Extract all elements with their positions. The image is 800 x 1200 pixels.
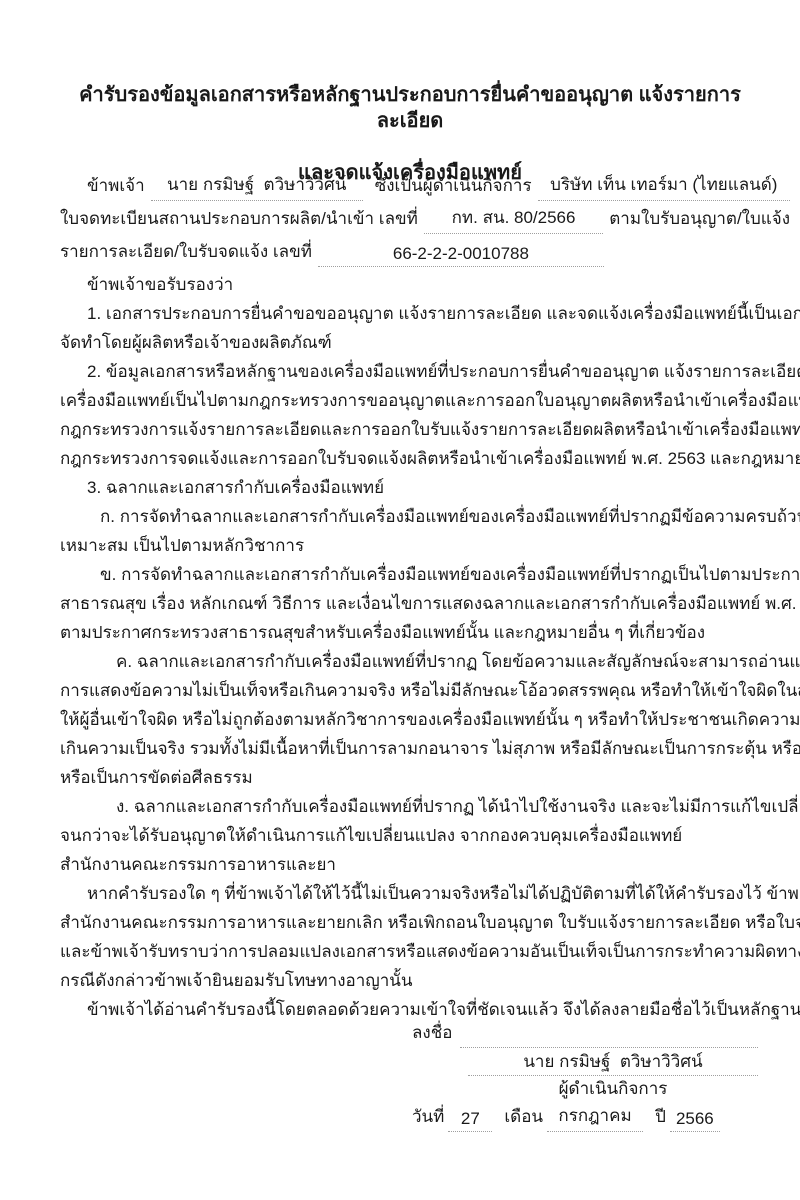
body-line: เครื่องมือแพทย์เป็นไปตามกฎกระทรวงการขออน… [60,386,790,415]
body-line: กรณีดังกล่าวข้าพเจ้ายินยอมรับโทษทางอาญาน… [60,966,790,995]
form-row-license: รายการละเอียด/ใบรับจดแจ้ง เลขที่ 66-2-2-… [60,234,790,267]
sign-row: ลงชื่อ [412,1020,758,1048]
body-line: และข้าพเจ้ารับทราบว่าการปลอมแปลงเอกสารหร… [60,937,790,966]
operator-role-label: ซึ่งเป็นผู้ดำเนินกิจการ [375,172,532,201]
body-line: ตามประกาศกระทรวงสาธารณสุขสำหรับเครื่องมื… [60,618,790,647]
title-line-1: คำรับรองข้อมูลเอกสารหรือหลักฐานประกอบการ… [60,82,760,134]
form-row-declarant: ข้าพเจ้า นาย กรมิษฐ์ ตวิษาวิวิศน์ ซึ่งเป… [60,168,790,201]
body-line: การแสดงข้อความไม่เป็นเท็จหรือเกินความจริ… [60,676,790,705]
date-year-field: 2566 [670,1109,720,1132]
body-line: สำนักงานคณะกรรมการอาหารและยา [60,850,790,879]
sign-label: ลงชื่อ [412,1019,452,1048]
body-line: กฎกระทรวงการจดแจ้งและการออกใบรับจดแจ้งผล… [60,444,790,473]
declarant-label: ข้าพเจ้า [87,172,145,201]
date-label: วันที่ [412,1103,444,1132]
body-line: ค. ฉลากและเอกสารกำกับเครื่องมือแพทย์ที่ป… [60,647,790,676]
body-line: สาธารณสุข เรื่อง หลักเกณฑ์ วิธีการ และเง… [60,589,790,618]
body-line: ข้าพเจ้าขอรับรองว่า [60,270,790,299]
body-line: จัดทำโดยผู้ผลิตหรือเจ้าของผลิตภัณฑ์ [60,328,790,357]
signature-line [460,1023,758,1048]
certification-body: ข้าพเจ้าขอรับรองว่า1. เอกสารประกอบการยื่… [60,270,790,1024]
date-row: วันที่ 27 เดือน กรกฎาคม ปี 2566 [412,1102,758,1132]
registration-no-field: กท. สน. 80/2566 [424,204,603,234]
body-line: 2. ข้อมูลเอกสารหรือหลักฐานของเครื่องมือแ… [60,357,790,386]
body-line: 3. ฉลากและเอกสารกำกับเครื่องมือแพทย์ [60,473,790,502]
signer-role-label: ผู้ดำเนินกิจการ [468,1076,758,1102]
license-no-field: 66-2-2-2-0010788 [318,244,604,267]
body-line: หรือเป็นการขัดต่อศีลธรรม [60,763,790,792]
body-line: กฎกระทรวงการแจ้งรายการละเอียดและการออกใบ… [60,415,790,444]
body-line: จนกว่าจะได้รับอนุญาตให้ดำเนินการแก้ไขเปล… [60,821,790,850]
signer-name-field: นาย กรมิษฐ์ ตวิษาวิวิศน์ [468,1048,758,1076]
document-page: คำรับรองข้อมูลเอกสารหรือหลักฐานประกอบการ… [0,0,800,1200]
body-line: ก. การจัดทำฉลากและเอกสารกำกับเครื่องมือแ… [60,502,790,531]
body-line: ให้ผู้อื่นเข้าใจผิด หรือไม่ถูกต้องตามหลั… [60,705,790,734]
form-row-establishment: ใบจดทะเบียนสถานประกอบการผลิต/นำเข้า เลขท… [60,201,790,234]
month-label: เดือน [504,1103,543,1132]
body-line: ข. การจัดทำฉลากและเอกสารกำกับเครื่องมือแ… [60,560,790,589]
operator-name-field: นาย กรมิษฐ์ ตวิษาวิวิศน์ [151,171,363,201]
license-detail-label: รายการละเอียด/ใบรับจดแจ้ง เลขที่ [60,238,312,267]
body-line: ง. ฉลากและเอกสารกำกับเครื่องมือแพทย์ที่ป… [60,792,790,821]
body-line: เหมาะสม เป็นไปตามหลักวิชาการ [60,531,790,560]
establishment-license-label: ใบจดทะเบียนสถานประกอบการผลิต/นำเข้า เลขท… [60,205,418,234]
date-month-field: กรกฎาคม [547,1102,643,1132]
company-name-field: บริษัท เท็น เทอร์มา (ไทยแลนด์) [538,171,790,201]
year-label: ปี [655,1103,666,1132]
body-line: หากคำรับรองใด ๆ ที่ข้าพเจ้าได้ให้ไว้นี้ไ… [60,879,790,908]
date-day-field: 27 [448,1109,492,1132]
header-form: ข้าพเจ้า นาย กรมิษฐ์ ตวิษาวิวิศน์ ซึ่งเป… [60,168,790,267]
body-line: เกินความเป็นจริง รวมทั้งไม่มีเนื้อหาที่เ… [60,734,790,763]
signature-block: ลงชื่อ นาย กรมิษฐ์ ตวิษาวิวิศน์ ผู้ดำเนิ… [412,1020,758,1132]
permit-suffix-label: ตามใบรับอนุญาต/ใบแจ้ง [609,205,790,234]
body-line: สำนักงานคณะกรรมการอาหารและยายกเลิก หรือเ… [60,908,790,937]
body-line: 1. เอกสารประกอบการยื่นคำขอขออนุญาต แจ้งร… [60,299,790,328]
